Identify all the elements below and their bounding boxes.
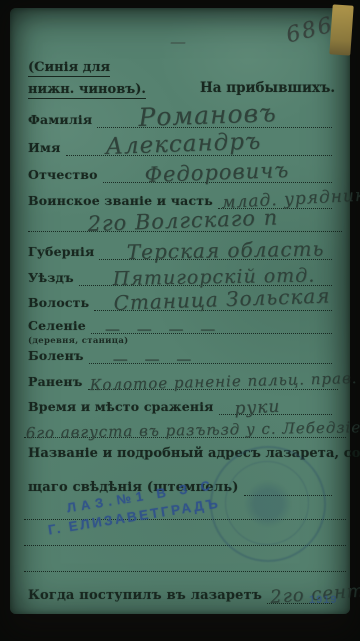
sick-label: Боленъ	[28, 348, 89, 364]
field-province: Губернія Терская область	[28, 234, 332, 260]
ruled-line: — — — —	[91, 309, 332, 334]
ruled-line: Романовъ	[97, 101, 332, 128]
hospital-label-line1: Названіе и подробный адресъ лазарета, со…	[28, 446, 360, 461]
field-wounded: Раненъ Колотое раненіе пальц. прав.	[28, 364, 338, 390]
field-volost: Волость Станица Зольская	[28, 285, 332, 311]
ruled-line: 2го Волгскаго п	[28, 205, 342, 232]
ruled-line: Александръ	[66, 129, 332, 156]
surname-label: Фамилія	[28, 112, 97, 128]
rank-unit-handwritten: 2го Волгскаго п	[87, 205, 278, 236]
district-label: Уѣздъ	[28, 270, 79, 286]
field-admission: Когда поступилъ въ лазаретъ 2го сентября…	[28, 578, 332, 604]
ruled-line	[24, 551, 346, 572]
corner-note-line2: нижн. чиновъ).	[28, 82, 146, 97]
hospital-admission-card: 686 — (Синія для нижн. чиновъ). На прибы…	[10, 8, 350, 614]
name-label: Имя	[28, 140, 66, 156]
field-village: Селеніе — — — —	[28, 310, 332, 334]
wounded-label: Раненъ	[28, 374, 88, 390]
ruled-line: Пятигорскій отд.	[79, 259, 332, 286]
yellowed-corner-patch	[329, 4, 353, 55]
battle-value-handwritten: 6го августа въ разъѣзд у с. Лебедзіев	[26, 418, 360, 442]
blank-ruled-line-3	[24, 552, 346, 572]
handwritten-page-number: 686	[284, 13, 337, 49]
volost-label: Волость	[28, 295, 94, 311]
pen-dash-mark: —	[170, 32, 186, 51]
round-seal-inner-ring	[225, 461, 309, 545]
card-type-title: На прибывшихъ.	[200, 80, 335, 96]
ruled-line: 6го августа въ разъѣзд у с. Лебедзіев	[24, 411, 346, 438]
surname-value-handwritten: Романовъ	[138, 98, 277, 132]
ruled-line: Колотое раненіе пальц. прав.	[88, 363, 338, 390]
admission-label: Когда поступилъ въ лазаретъ	[28, 588, 267, 604]
ruled-line: Станица Зольская	[94, 284, 332, 311]
round-seal-stamp	[210, 446, 326, 562]
scanned-document-photo: 686 — (Синія для нижн. чиновъ). На прибы…	[0, 0, 360, 641]
field-sick: Боленъ — — —	[28, 340, 332, 364]
field-battle-line2: 6го августа въ разъѣзд у с. Лебедзіев	[24, 412, 346, 438]
corner-note-text2: нижн. чиновъ).	[28, 82, 146, 99]
ruled-line: — — —	[89, 339, 332, 364]
corner-note-text1: (Синія для	[28, 60, 110, 77]
corner-note-line1: (Синія для	[28, 60, 110, 75]
field-name: Имя Александръ	[28, 130, 332, 156]
ruled-line: Федоровичъ	[103, 156, 332, 183]
field-patronymic: Отчество Федоровичъ	[28, 157, 332, 183]
province-label: Губернія	[28, 244, 99, 260]
field-surname: Фамилія Романовъ	[28, 102, 332, 128]
village-label: Селеніе	[28, 318, 91, 334]
field-district: Уѣздъ Пятигорскій отд.	[28, 260, 332, 286]
faint-year-stamp: 1919	[309, 594, 337, 606]
ruled-line: Терская область	[99, 233, 332, 260]
patronymic-label: Отчество	[28, 167, 103, 183]
field-rank-line2: 2го Волгскаго п	[28, 206, 342, 232]
